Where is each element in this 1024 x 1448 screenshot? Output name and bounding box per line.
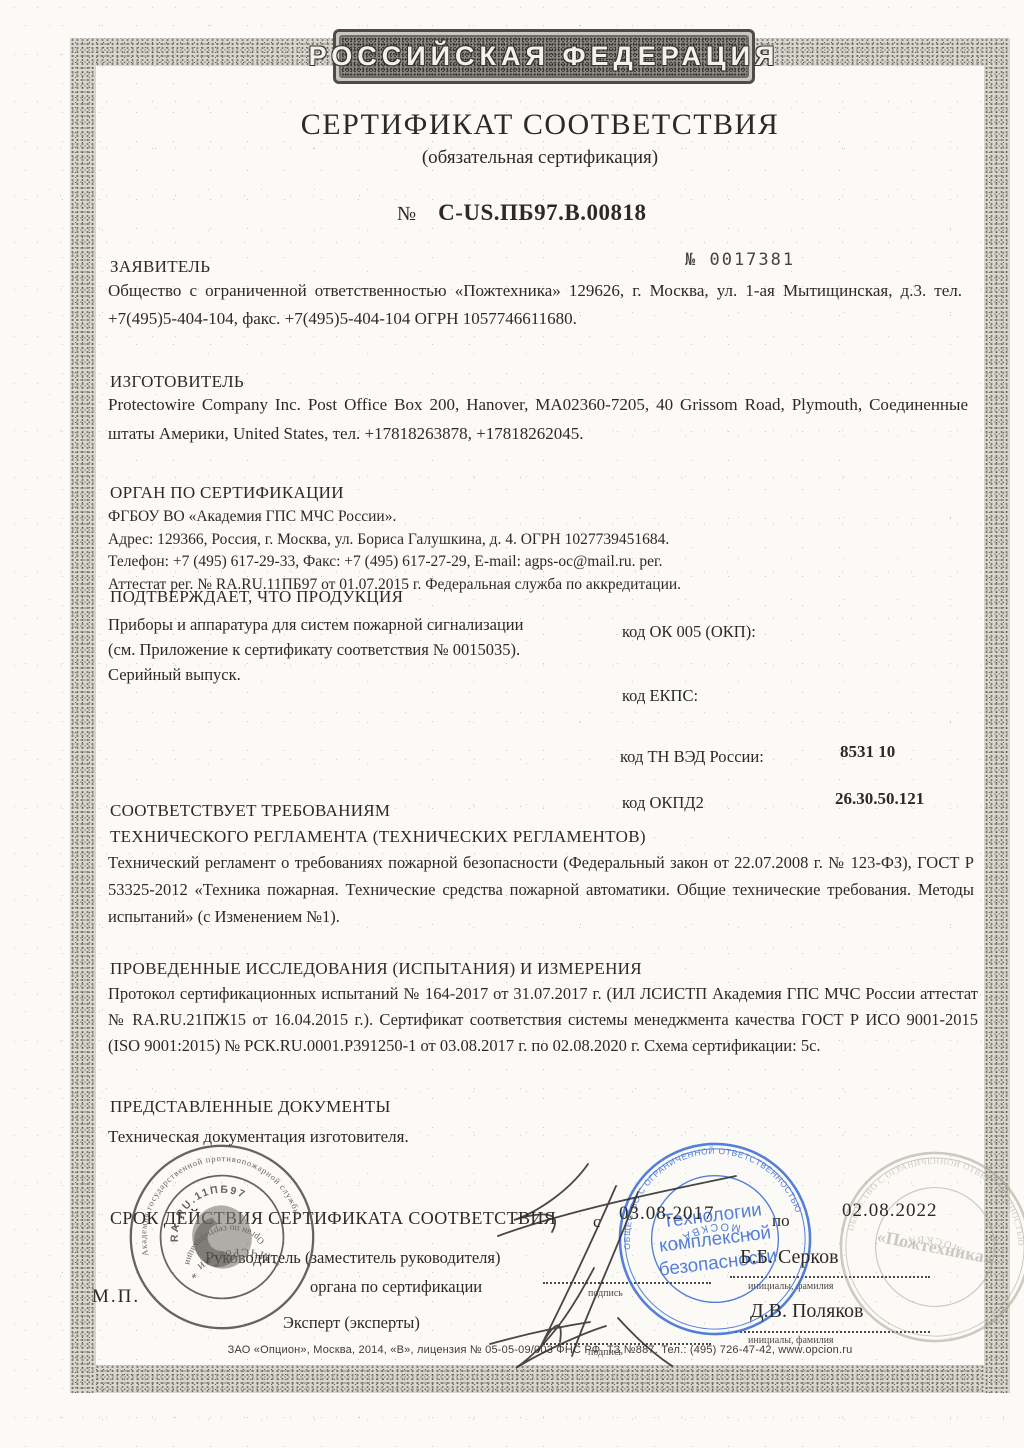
- head-name: Б.Б. Серков: [740, 1246, 839, 1269]
- okp-code-label: код ОК 005 (ОКП):: [622, 622, 756, 642]
- country-banner: РОССИЙСКАЯ ФЕДЕРАЦИЯ: [333, 29, 755, 84]
- form-number: № 0017381: [685, 250, 795, 270]
- certificate-number-row: № C-US.ПБ97.В.00818: [397, 200, 646, 226]
- applicant-text: Общество с ограниченной ответственностью…: [108, 277, 962, 332]
- ekps-code-label: код ЕКПС:: [622, 686, 698, 706]
- product-line: Серийный выпуск.: [108, 662, 613, 687]
- okpd2-code-value: 26.30.50.121: [835, 789, 924, 809]
- handwritten-signatures: [468, 1128, 748, 1384]
- seal-place-label: М.П.: [92, 1286, 140, 1308]
- border-left: [70, 38, 96, 1393]
- signature-stroke: [514, 1164, 588, 1232]
- cert-body-details: ФГБОУ ВО «Академия ГПС МЧС России». Адре…: [108, 506, 974, 596]
- requirements-heading-2: ТЕХНИЧЕСКОГО РЕГЛАМЕНТА (ТЕХНИЧЕСКИХ РЕГ…: [110, 827, 646, 847]
- certificate-page: РОССИЙСКАЯ ФЕДЕРАЦИЯ СЕРТИФИКАТ СООТВЕТС…: [0, 0, 1024, 1448]
- signature-stroke: [572, 1192, 638, 1356]
- manufacturer-text: Protectowire Company Inc. Post Office Bo…: [108, 391, 968, 449]
- product-line: Приборы и аппаратура для систем пожарной…: [108, 612, 613, 637]
- manufacturer-heading: ИЗГОТОВИТЕЛЬ: [110, 372, 244, 392]
- applicant-heading: ЗАЯВИТЕЛЬ: [110, 257, 210, 277]
- certificate-subtitle: (обязательная сертификация): [70, 147, 1010, 169]
- signature-stroke: [516, 1268, 606, 1368]
- documents-heading: ПРЕДСТАВЛЕННЫЕ ДОКУМЕНТЫ: [110, 1097, 391, 1117]
- validity-date-to: 02.08.2022: [842, 1200, 938, 1222]
- tnved-code-value: 8531 10: [840, 742, 895, 762]
- expert-role: Эксперт (эксперты): [283, 1313, 420, 1333]
- head-role-line2: органа по сертификации: [310, 1277, 482, 1297]
- requirements-heading-1: СООТВЕТСТВУЕТ ТРЕБОВАНИЯМ: [110, 801, 390, 821]
- signature-stroke: [490, 1322, 590, 1344]
- cert-body-line: ФГБОУ ВО «Академия ГПС МЧС России».: [108, 506, 974, 529]
- product-description: Приборы и аппаратура для систем пожарной…: [108, 612, 613, 687]
- product-line: (см. Приложение к сертификату соответств…: [108, 637, 613, 662]
- cert-body-line: Телефон: +7 (495) 617-29-33, Факс: +7 (4…: [108, 551, 974, 574]
- gray-stamp-name: «Пожтехника»: [875, 1226, 994, 1268]
- requirements-text: Технический регламент о требованиях пожа…: [108, 849, 974, 930]
- tests-text: Протокол сертификационных испытаний № 16…: [108, 981, 978, 1059]
- signature-stroke: [618, 1318, 672, 1366]
- tests-heading: ПРОВЕДЕННЫЕ ИССЛЕДОВАНИЯ (ИСПЫТАНИЯ) И И…: [110, 959, 642, 979]
- okpd2-code-label: код ОКПД2: [622, 793, 704, 813]
- product-heading: ПОДТВЕРЖДАЕТ, ЧТО ПРОДУКЦИЯ: [110, 587, 403, 607]
- country-banner-text: РОССИЙСКАЯ ФЕДЕРАЦИЯ: [309, 41, 780, 72]
- pozhtechnika-ghost-stamp: ОБЩЕСТВО С ОГРАНИЧЕННОЙ ОТВЕТСТВЕННОСТЬЮ…: [819, 1131, 1024, 1363]
- cert-body-heading: ОРГАН ПО СЕРТИФИКАЦИИ: [110, 483, 344, 503]
- country-banner-frame: РОССИЙСКАЯ ФЕДЕРАЦИЯ: [339, 35, 749, 78]
- tnved-code-label: код ТН ВЭД России:: [620, 747, 764, 767]
- expert-name: Д.В. Поляков: [750, 1300, 864, 1323]
- certificate-number-value: C-US.ПБ97.В.00818: [438, 200, 646, 226]
- certificate-number-label: №: [397, 203, 416, 226]
- certificate-title: СЕРТИФИКАТ СООТВЕТСТВИЯ: [70, 108, 1010, 142]
- cert-body-line: Адрес: 129366, Россия, г. Москва, ул. Бо…: [108, 529, 974, 552]
- signature-stroke: [498, 1176, 736, 1236]
